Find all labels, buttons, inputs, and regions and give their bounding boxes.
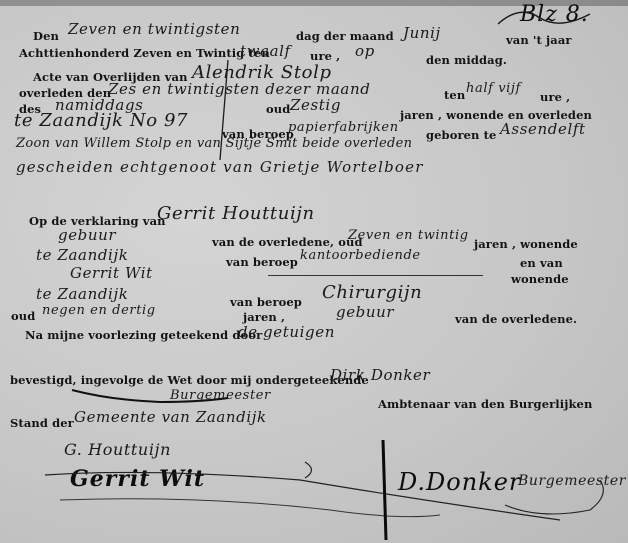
signature-official-title: Burgemeester bbox=[518, 473, 626, 489]
blank-line bbox=[268, 275, 483, 276]
death-certificate-page: Blz 8. Den Zeven en twintigsten dag der … bbox=[0, 0, 628, 543]
hw-occupation: papierfabrijken bbox=[288, 120, 399, 135]
hw-witness2-relation: gebuur bbox=[336, 303, 394, 321]
hw-time-of-day: op bbox=[355, 42, 375, 60]
printed-jaren-wonende: jaren , wonende bbox=[474, 237, 578, 251]
printed-den-middag: den middag. bbox=[426, 53, 507, 67]
hw-death-hour: half vijf bbox=[466, 81, 521, 96]
printed-wonende: wonende bbox=[511, 272, 569, 286]
signature-witness1: G. Houttuijn bbox=[64, 440, 171, 459]
hw-official-title: Burgemeester bbox=[170, 388, 271, 403]
printed-ure-2: ure , bbox=[540, 90, 570, 104]
hw-witness2-name: Gerrit Wit bbox=[70, 264, 153, 282]
printed-dag-der-maand: dag der maand bbox=[296, 29, 394, 43]
printed-van-beroep-2: van beroep bbox=[226, 255, 298, 269]
hw-municipality: Gemeente van Zaandijk bbox=[74, 408, 267, 426]
printed-bevestigd: bevestigd, ingevolge de Wet door mij ond… bbox=[10, 373, 369, 387]
printed-oud: oud bbox=[266, 102, 290, 116]
hw-signed-by: de getuigen bbox=[238, 323, 335, 341]
hw-witness2-residence: te Zaandijk bbox=[36, 285, 128, 303]
hw-hour: twaalf bbox=[240, 42, 291, 60]
printed-ten: ten bbox=[444, 88, 465, 102]
hw-witness1-residence: te Zaandijk bbox=[36, 246, 128, 264]
printed-ambtenaar: Ambtenaar van den Burgerlijken bbox=[378, 397, 592, 411]
hw-day: Zeven en twintigsten bbox=[68, 20, 240, 38]
hw-spouse-line: gescheiden echtgenoot van Grietje Wortel… bbox=[16, 158, 424, 176]
signature-witness2: Gerrit Wit bbox=[70, 466, 205, 492]
printed-van-de-overledene-oud: van de overledene, oud bbox=[212, 235, 363, 249]
printed-na-mijne-voorlezing: Na mijne voorlezing geteekend door bbox=[25, 328, 262, 342]
printed-oud-2: oud bbox=[11, 309, 35, 323]
printed-van-beroep-3: van beroep bbox=[230, 295, 302, 309]
hw-official-name: Dirk Donker bbox=[330, 366, 430, 384]
printed-geboren-te: geboren te bbox=[426, 128, 496, 142]
hw-birthplace: Assendelft bbox=[500, 120, 586, 138]
hw-witness2-age: negen en dertig bbox=[42, 303, 156, 318]
hw-witness1-relation: gebuur bbox=[58, 226, 116, 244]
printed-van-t-jaar: van 't jaar bbox=[506, 33, 572, 47]
printed-achttienhonderd: Achttienhonderd Zeven en Twintig ten bbox=[19, 46, 270, 60]
hw-witness1-occupation: kantoorbediende bbox=[300, 248, 421, 263]
hw-witness2-occupation: Chirurgijn bbox=[322, 282, 422, 303]
printed-den: Den bbox=[33, 29, 59, 43]
hw-witness1-age: Zeven en twintig bbox=[348, 228, 469, 243]
hw-witness1-name: Gerrit Houttuijn bbox=[157, 203, 315, 224]
printed-jaren-2: jaren , bbox=[243, 310, 285, 324]
printed-van-de-overledene: van de overledene. bbox=[455, 312, 577, 326]
printed-stand-der: Stand der bbox=[10, 416, 74, 430]
printed-en-van: en van bbox=[520, 256, 563, 270]
page-number-mark: Blz 8. bbox=[520, 2, 589, 27]
hw-residence: te Zaandijk No 97 bbox=[14, 110, 188, 131]
hw-month: Junij bbox=[403, 24, 441, 42]
hw-parents-line: Zoon van Willem Stolp en van Sijtje Smit… bbox=[16, 136, 412, 151]
printed-ure: ure , bbox=[310, 49, 340, 63]
signature-official: D.Donker bbox=[398, 468, 521, 496]
hw-age: Zestig bbox=[290, 96, 341, 114]
